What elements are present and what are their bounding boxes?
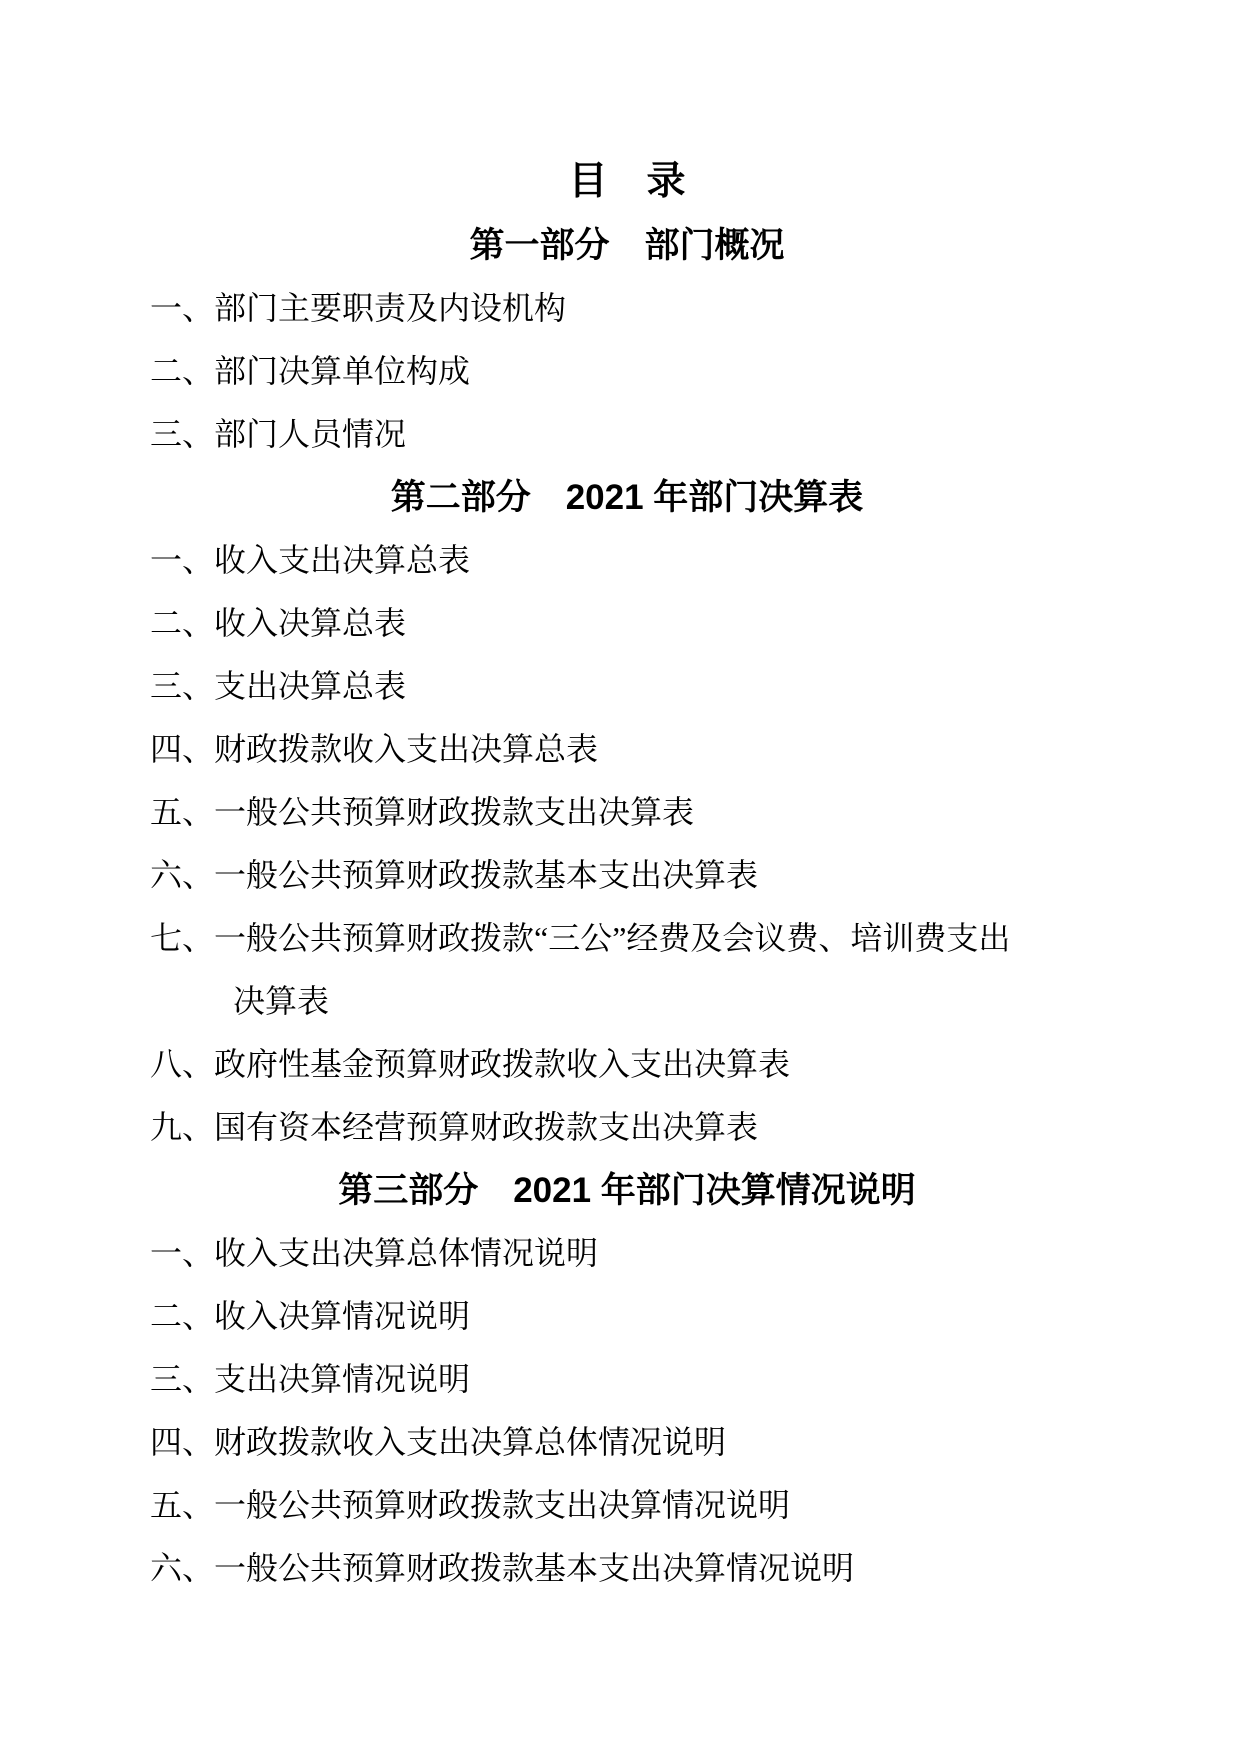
toc-item: 五、一般公共预算财政拨款支出决算情况说明: [150, 1474, 1104, 1537]
toc-item: 五、一般公共预算财政拨款支出决算表: [150, 781, 1104, 844]
toc-title: 目 录: [150, 150, 1104, 214]
toc-item: 二、收入决算情况说明: [150, 1285, 1104, 1348]
section-heading: 第一部分 部门概况: [150, 214, 1104, 277]
toc-item: 一、收入支出决算总体情况说明: [150, 1222, 1104, 1285]
toc-item: 四、财政拨款收入支出决算总体情况说明: [150, 1411, 1104, 1474]
toc-item: 一、部门主要职责及内设机构: [150, 277, 1104, 340]
section-heading: 第二部分 2021 年部门决算表: [150, 466, 1104, 529]
toc-item: 一、收入支出决算总表: [150, 529, 1104, 592]
toc-item: 三、支出决算总表: [150, 655, 1104, 718]
toc-item-continuation: 决算表: [150, 970, 1104, 1033]
toc-item: 三、部门人员情况: [150, 403, 1104, 466]
toc-item: 三、支出决算情况说明: [150, 1348, 1104, 1411]
toc-item: 九、国有资本经营预算财政拨款支出决算表: [150, 1096, 1104, 1159]
toc-item: 七、一般公共预算财政拨款“三公”经费及会议费、培训费支出: [150, 907, 1104, 970]
toc-item: 二、收入决算总表: [150, 592, 1104, 655]
toc-page: 目 录 第一部分 部门概况一、部门主要职责及内设机构二、部门决算单位构成三、部门…: [0, 0, 1241, 1754]
toc-item: 八、政府性基金预算财政拨款收入支出决算表: [150, 1033, 1104, 1096]
toc-item: 六、一般公共预算财政拨款基本支出决算情况说明: [150, 1537, 1104, 1600]
toc-body: 第一部分 部门概况一、部门主要职责及内设机构二、部门决算单位构成三、部门人员情况…: [150, 214, 1104, 1600]
toc-item: 六、一般公共预算财政拨款基本支出决算表: [150, 844, 1104, 907]
toc-item: 二、部门决算单位构成: [150, 340, 1104, 403]
section-heading: 第三部分 2021 年部门决算情况说明: [150, 1159, 1104, 1222]
toc-item: 四、财政拨款收入支出决算总表: [150, 718, 1104, 781]
